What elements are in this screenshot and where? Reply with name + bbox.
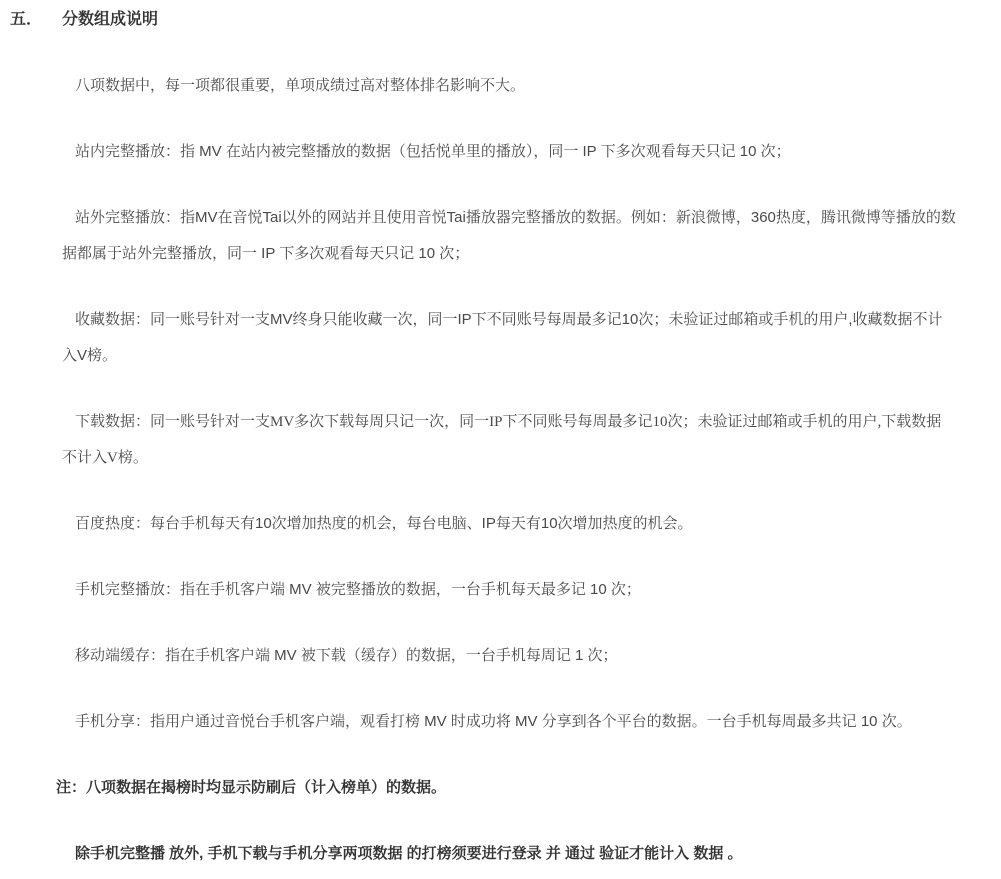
body-paragraph: 八项数据中，每一项都很重要，单项成绩过高对整体排名影响不大。	[62, 68, 956, 104]
section-heading: 五．分数组成说明	[10, 8, 961, 32]
section-title: 分数组成说明	[62, 11, 158, 28]
body-paragraph: 收藏数据：同一账号针对一支MV终身只能收藏一次，同一IP下不同账号每周最多记10…	[62, 302, 956, 374]
body-paragraph: 手机分享：指用户通过音悦台手机客户端，观看打榜 MV 时成功将 MV 分享到各个…	[62, 704, 956, 740]
body-paragraph: 移动端缓存：指在手机客户端 MV 被下载（缓存）的数据，一台手机每周记 1 次；	[62, 638, 956, 674]
section-number: 五．	[10, 8, 62, 32]
body-paragraph: 手机完整播放：指在手机客户端 MV 被完整播放的数据，一台手机每天最多记 10 …	[62, 572, 956, 608]
body-paragraph: 下载数据：同一账号针对一支MV多次下载每周只记一次，同一IP下不同账号每周最多记…	[62, 404, 956, 476]
paragraph-list: 八项数据中，每一项都很重要，单项成绩过高对整体排名影响不大。站内完整播放：指 M…	[0, 68, 1001, 740]
footer-note-paragraph: 除手机完整播 放外, 手机下载与手机分享两项数据 的打榜须要进行登录 并 通过 …	[62, 836, 956, 872]
note-paragraph: 注：八项数据在揭榜时均显示防刷后（计入榜单）的数据。	[56, 770, 956, 806]
document-page: 五．分数组成说明 八项数据中，每一项都很重要，单项成绩过高对整体排名影响不大。站…	[0, 0, 1001, 879]
body-paragraph: 百度热度：每台手机每天有10次增加热度的机会，每台电脑、IP每天有10次增加热度…	[62, 506, 956, 542]
body-paragraph: 站外完整播放：指MV在音悦Tai以外的网站并且使用音悦Tai播放器完整播放的数据…	[62, 200, 956, 272]
body-paragraph: 站内完整播放：指 MV 在站内被完整播放的数据（包括悦单里的播放），同一 IP …	[62, 134, 956, 170]
